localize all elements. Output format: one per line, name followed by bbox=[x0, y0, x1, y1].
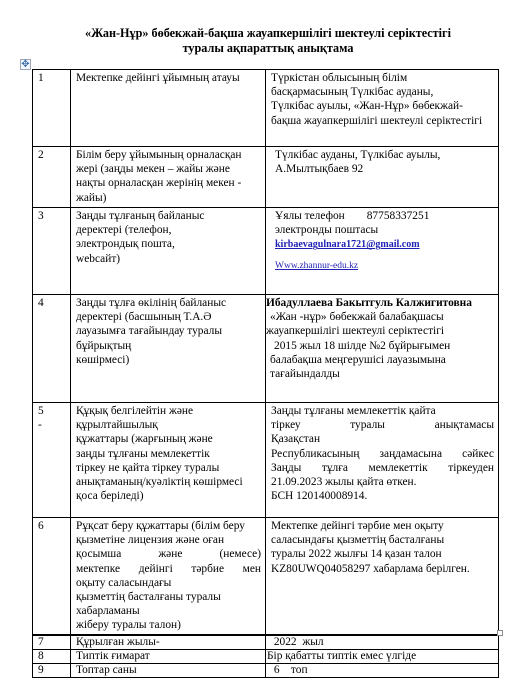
row-number: 2 bbox=[33, 147, 71, 208]
label-line: нақты орналасқан жерінің мекен - bbox=[76, 176, 261, 190]
label-line: заңды тұлғаны мемлекеттік bbox=[76, 447, 261, 461]
value-line: Түлкібас ауданы, Түлкібас ауылы, bbox=[271, 148, 494, 162]
row-number: 7 bbox=[33, 635, 71, 650]
row-label: Құрылған жылы- bbox=[71, 635, 266, 650]
value-line: жауапкершілігі шектеулі серіктестігі bbox=[266, 324, 494, 338]
row-label: Құқық белгілейтін және құрылтайшылық құж… bbox=[71, 403, 266, 518]
label-line: Заңды тұлға өкілінің байланыс bbox=[76, 296, 261, 310]
label-line: құжаттары (жарғының және bbox=[76, 432, 261, 446]
label-line: лауазымға тағайындау туралы bbox=[76, 324, 261, 338]
title-line-1: «Жан-Нұр» бөбекжай-бақша жауапкершілігі … bbox=[0, 26, 516, 41]
value-line: Республикасының заңдамасына сәйкес bbox=[271, 447, 494, 461]
row-number: 1 bbox=[33, 70, 71, 147]
row-value: 6 топ bbox=[266, 664, 499, 678]
table-row: 6 Рұқсат беру құжаттары (білім беру қызм… bbox=[33, 518, 499, 636]
table-row: 1 Мектепке дейінгі ұйымның атауы Түркіст… bbox=[33, 70, 499, 147]
value-line: Қазақстан bbox=[271, 432, 494, 446]
row-label: Мектепке дейінгі ұйымның атауы bbox=[71, 70, 266, 147]
value-line: басқармасының Түлкібас ауданы, bbox=[271, 85, 494, 99]
label-line: құрылтайшылық bbox=[76, 418, 261, 432]
table-resize-handle[interactable] bbox=[497, 630, 503, 636]
row-value: Түлкібас ауданы, Түлкібас ауылы, А.Мылты… bbox=[266, 147, 499, 208]
label-line: оқыту саласындағы bbox=[76, 576, 261, 590]
value-line: БСН 120140008914. bbox=[271, 489, 494, 503]
value-line: 21.09.2023 жылы қайта өткен. bbox=[271, 475, 494, 489]
label-line: қосымша және (немесе) bbox=[76, 547, 261, 561]
label-line: деректері (басшының Т.А.Ә bbox=[76, 310, 261, 324]
row-value-contacts: Ұялы телефон87758337251 электронды пошта… bbox=[266, 208, 499, 295]
row-value: Ибадуллаева Бакытгуль Калжигитовна «Жан … bbox=[266, 295, 499, 403]
value-line: Түркістан облысының білім bbox=[271, 71, 494, 85]
value-line: саласындағы қызметтің басталғаны bbox=[271, 533, 494, 547]
label-line: қоса беріледі) bbox=[76, 489, 261, 503]
phone-number: 87758337251 bbox=[367, 210, 430, 222]
row-value: Заңды тұлғаны мемлекеттік қайта тіркеу т… bbox=[266, 403, 499, 518]
label-line: webсайт) bbox=[76, 252, 261, 266]
value-line: бақша жауапкершілігі шектеулі серіктесті… bbox=[271, 114, 494, 128]
label-line: бұйрықтың bbox=[76, 339, 261, 353]
row-label: Рұқсат беру құжаттары (білім беру қызмет… bbox=[71, 518, 266, 636]
table-row: 4 Заңды тұлға өкілінің байланыс деректер… bbox=[33, 295, 499, 403]
value-line: балабақша меңгерушісі лауазымына bbox=[266, 353, 494, 367]
row-value: Мектепке дейінгі тәрбие мен оқыту саласы… bbox=[266, 518, 499, 636]
label-line: электрондық пошта, bbox=[76, 237, 261, 251]
row-label: Білім беру ұйымының орналасқан жері (заң… bbox=[71, 147, 266, 208]
row-label: Заңды тұлға өкілінің байланыс деректері … bbox=[71, 295, 266, 403]
value-line: тіркеу туралы анықтамасы bbox=[271, 418, 494, 432]
email-link[interactable]: kirbaevagulnara1721@gmail.com bbox=[275, 239, 420, 250]
value-line: туралы 2022 жылғы 14 қазан талон bbox=[271, 547, 494, 561]
value-line: KZ80UWQ04058297 хабарлама берілген. bbox=[271, 562, 494, 576]
table-row: 5 - Құқық белгілейтін және құрылтайшылық… bbox=[33, 403, 499, 518]
phone-line: Ұялы телефон87758337251 bbox=[271, 209, 494, 223]
row-label: Топтар саны bbox=[71, 664, 266, 678]
table-row: 9 Топтар саны 6 топ bbox=[33, 664, 499, 678]
label-line: тіркеу не қайта тіркеу туралы bbox=[76, 461, 261, 475]
label-line: Мектепке дейінгі ұйымның атауы bbox=[76, 71, 261, 85]
value-line: А.Мылтықбаев 92 bbox=[271, 162, 494, 176]
row-value: Бір қабатты типтік емес үлгіде bbox=[266, 650, 499, 664]
value-line: Заңды тұлғаны мемлекеттік қайта bbox=[271, 404, 494, 418]
row-number-suffix: - bbox=[38, 418, 66, 432]
row-label: Типтік ғимарат bbox=[71, 650, 266, 664]
website-link[interactable]: Www.zhannur-edu.kz bbox=[275, 259, 494, 273]
row-number: 6 bbox=[33, 518, 71, 636]
label-line: қызметтің басталғаны туралы bbox=[76, 590, 261, 604]
label-line: қызметіне лицензия және оған bbox=[76, 533, 261, 547]
row-value: Түркістан облысының білім басқармасының … bbox=[266, 70, 499, 147]
label-line: Заңды тұлғаның байланыс bbox=[76, 209, 261, 223]
row-number-text: 5 bbox=[38, 404, 66, 418]
label-line: анықтаманың/куәліктің көшірмесі bbox=[76, 475, 261, 489]
row-number: 5 - bbox=[33, 403, 71, 518]
table-move-handle-icon[interactable]: ✥ bbox=[20, 59, 31, 70]
table-row: 8 Типтік ғимарат Бір қабатты типтік емес… bbox=[33, 650, 499, 664]
row-number: 4 bbox=[33, 295, 71, 403]
phone-label: Ұялы телефон bbox=[275, 210, 345, 222]
value-line: Түлкібас ауылы, «Жан-Нұр» бөбекжай- bbox=[271, 99, 494, 113]
table-row: 2 Білім беру ұйымының орналасқан жері (з… bbox=[33, 147, 499, 208]
row-number: 9 bbox=[33, 664, 71, 678]
table-row: 7 Құрылған жылы- 2022 жыл bbox=[33, 635, 499, 650]
label-line: хабарламаны bbox=[76, 604, 261, 618]
value-line: Мектепке дейінгі тәрбие мен оқыту bbox=[271, 519, 494, 533]
label-line: көшірмесі) bbox=[76, 353, 261, 367]
value-line: тағайындалды bbox=[266, 367, 494, 381]
label-line: мектепке дейінгі тәрбие мен bbox=[76, 562, 261, 576]
head-name: Ибадуллаева Бакытгуль Калжигитовна bbox=[266, 296, 494, 310]
value-line: 2015 жыл 18 шілде №2 бұйрығымен bbox=[266, 339, 494, 353]
label-line: жері (заңды мекен – жайы және bbox=[76, 162, 261, 176]
title-line-2: туралы ақпараттық анықтама bbox=[0, 41, 516, 56]
table-row: 3 Заңды тұлғаның байланыс деректері (тел… bbox=[33, 208, 499, 295]
label-line: Білім беру ұйымының орналасқан bbox=[76, 148, 261, 162]
label-line: Құқық белгілейтін және bbox=[76, 404, 261, 418]
label-line: жайы) bbox=[76, 191, 261, 205]
row-label: Заңды тұлғаның байланыс деректері (телеф… bbox=[71, 208, 266, 295]
value-line: Заңды тұлға мемлекеттік тіркеуден bbox=[271, 461, 494, 475]
label-line: Рұқсат беру құжаттары (білім беру bbox=[76, 519, 261, 533]
row-value: 2022 жыл bbox=[266, 635, 499, 650]
row-number: 8 bbox=[33, 650, 71, 664]
label-line: жіберу туралы талон) bbox=[76, 618, 261, 632]
document-title: «Жан-Нұр» бөбекжай-бақша жауапкершілігі … bbox=[0, 26, 516, 56]
info-table: 1 Мектепке дейінгі ұйымның атауы Түркіст… bbox=[32, 69, 499, 678]
value-line: «Жан -нұр» бөбекжай балабақшасы bbox=[266, 310, 494, 324]
row-number: 3 bbox=[33, 208, 71, 295]
label-line: деректері (телефон, bbox=[76, 223, 261, 237]
email-label: электронды поштасы bbox=[271, 223, 494, 237]
